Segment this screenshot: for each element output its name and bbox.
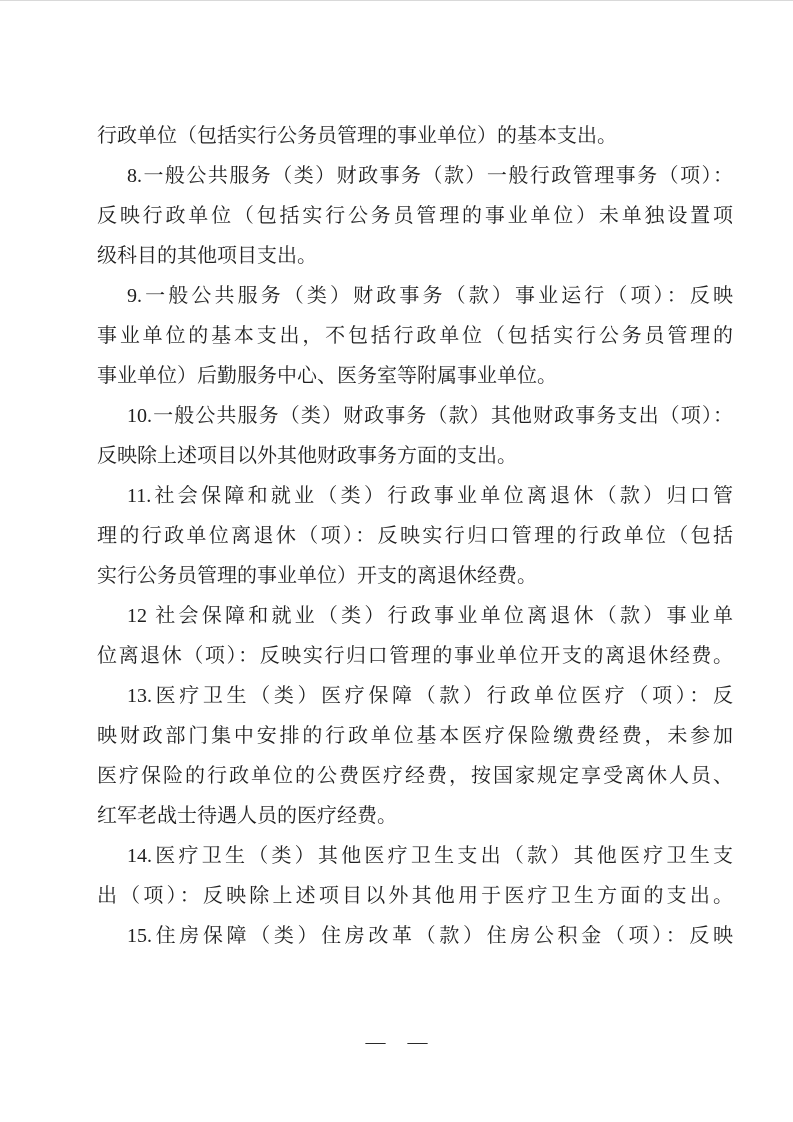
- text-line: 事业单位）后勤服务中心、医务室等附属事业单位。: [97, 356, 733, 396]
- footer-dash-left: —: [366, 1028, 386, 1056]
- document-page: { "page": { "background": "#ffffff", "te…: [0, 0, 793, 1122]
- text-line: 行政单位（包括实行公务员管理的事业单位）的基本支出。: [97, 116, 733, 156]
- text-line: 8.一般公共服务（类）财政事务（款）一般行政管理事务（项）：: [97, 156, 733, 196]
- text-line: 理的行政单位离退休（项）：反映实行归口管理的行政单位（包括: [97, 516, 733, 556]
- text-line: 11.社会保障和就业（类）行政事业单位离退休（款）归口管: [97, 476, 733, 516]
- text-line: 红军老战士待遇人员的医疗经费。: [97, 796, 733, 836]
- text-line: 14.医疗卫生（类）其他医疗卫生支出（款）其他医疗卫生支: [97, 836, 733, 876]
- text-line: 13.医疗卫生（类）医疗保障（款）行政单位医疗（项）：反: [97, 676, 733, 716]
- text-line: 反映除上述项目以外其他财政事务方面的支出。: [97, 436, 733, 476]
- text-line: 级科目的其他项目支出。: [97, 236, 733, 276]
- text-line: 12 社会保障和就业（类）行政事业单位离退休（款）事业单: [97, 596, 733, 636]
- text-line: 实行公务员管理的事业单位）开支的离退休经费。: [97, 556, 733, 596]
- document-body: 行政单位（包括实行公务员管理的事业单位）的基本支出。8.一般公共服务（类）财政事…: [97, 116, 733, 956]
- text-line: 9.一般公共服务（类）财政事务（款）事业运行（项）：反映: [97, 276, 733, 316]
- page-footer: — —: [0, 1028, 793, 1056]
- text-line: 位离退休（项）：反映实行归口管理的事业单位开支的离退休经费。: [97, 636, 733, 676]
- text-line: 映财政部门集中安排的行政单位基本医疗保险缴费经费，未参加: [97, 716, 733, 756]
- text-line: 出（项）：反映除上述项目以外其他用于医疗卫生方面的支出。: [97, 876, 733, 916]
- text-line: 医疗保险的行政单位的公费医疗经费，按国家规定享受离休人员、: [97, 756, 733, 796]
- footer-dash-right: —: [408, 1028, 428, 1056]
- text-line: 事业单位的基本支出，不包括行政单位（包括实行公务员管理的: [97, 316, 733, 356]
- text-line: 10.一般公共服务（类）财政事务（款）其他财政事务支出（项）：: [97, 396, 733, 436]
- text-line: 15.住房保障（类）住房改革（款）住房公积金（项）：反映: [97, 916, 733, 956]
- scan-top-edge-line: [0, 0, 793, 1]
- text-line: 反映行政单位（包括实行公务员管理的事业单位）未单独设置项: [97, 196, 733, 236]
